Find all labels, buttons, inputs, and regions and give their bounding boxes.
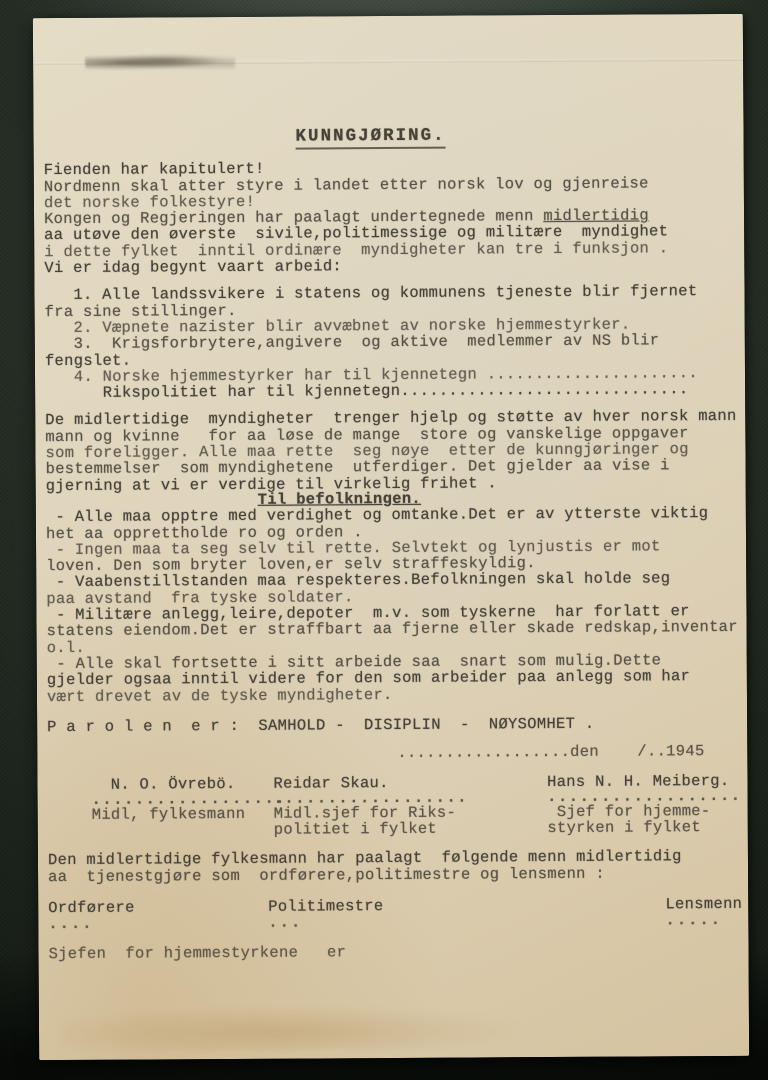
title-row: KUNNGJØRING. — [44, 126, 698, 146]
text-line: 4. Norske hjemmestyrker har til kjennete… — [45, 365, 739, 386]
closing-line: Sjefen for hjemmestyrkene er — [48, 942, 742, 963]
official-column: Ordførere .... — [48, 899, 268, 933]
signatory-role-line1: Midl, fylkesmann — [92, 805, 274, 822]
parole-line: P a r o l e n e r : SAMHOLD - DISIPLIN -… — [47, 715, 741, 736]
paper-sheet: KUNNGJØRING. Fienden har kapitulert!Nord… — [33, 14, 749, 1060]
text-line: vært drevet av de tyske myndigheter. — [47, 684, 741, 705]
text-line: Kongen og Regjeringen har paalagt undert… — [44, 207, 738, 228]
signature-column: N. O. Övrebö. .................. Midl, f… — [91, 776, 273, 839]
official-label: Lensmenn — [665, 896, 742, 913]
officials-row: Ordførere .... Politimestre ... Lensmenn… — [48, 896, 742, 933]
official-dotted-line: .... — [48, 915, 268, 933]
signatory-role-line2: styrken i fylket — [547, 819, 742, 836]
typewritten-content: KUNNGJØRING. Fienden har kapitulert!Nord… — [33, 14, 749, 1060]
scanned-document-page: { "colors": { "background_fabric": "#394… — [0, 0, 768, 1080]
official-label: Ordførere — [48, 899, 268, 917]
official-dotted-line: ..... — [665, 912, 742, 929]
intro-paragraph: Fienden har kapitulert!Nordmenn skal att… — [44, 158, 739, 276]
rules-paragraph: - Alle maa opptre med verdighet og omtan… — [46, 505, 741, 705]
signatory-role-line2 — [92, 822, 274, 839]
text-line: aa tjenestgjøre som ordførere,politimest… — [48, 864, 742, 885]
numbered-list: 1. Alle landssvikere i statens og kommun… — [44, 283, 739, 401]
official-dotted-line: ... — [268, 913, 665, 932]
signatory-role-line2: politiet i fylket — [274, 820, 548, 838]
official-column: Lensmenn ..... — [665, 896, 742, 929]
official-column: Politimestre ... — [268, 896, 665, 931]
page-title: KUNNGJØRING. — [295, 126, 445, 150]
text-line: - Alle skal fortsette i sitt arbeide saa… — [47, 652, 741, 673]
signature-column: Hans N. H. Meiberg. .................. S… — [547, 773, 742, 836]
signatory-role-line1: Sjef for hjemme- — [547, 803, 742, 820]
signature-row: N. O. Övrebö. .................. Midl, f… — [47, 773, 741, 839]
appointment-paragraph: Den midlertidige fylkesmann har paalagt … — [48, 848, 742, 885]
text-line: i dette fylket inntil ordinære myndighet… — [44, 240, 738, 261]
date-line: ..................den /..1945 — [47, 743, 741, 764]
signature-column: Reidar Skau. .................. Midl.sje… — [273, 774, 547, 838]
middle-paragraph: De midlertidige myndigheter trenger hjel… — [45, 408, 739, 494]
